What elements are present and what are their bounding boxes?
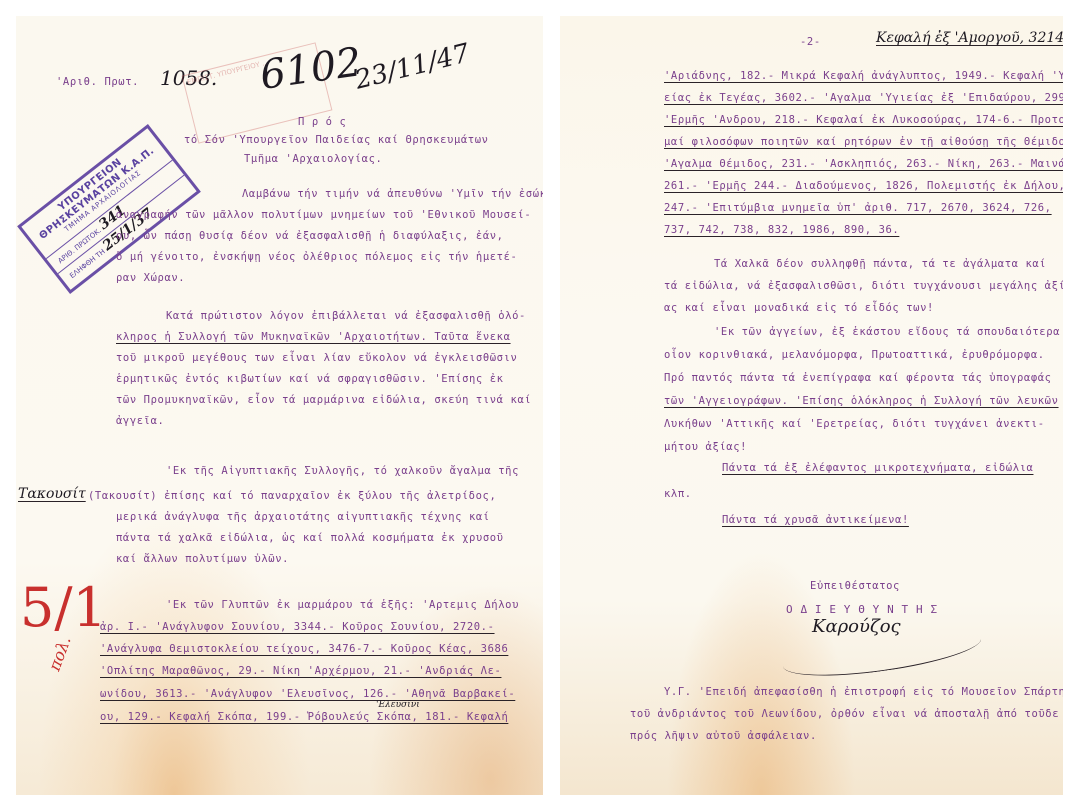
body-line: Πρό παντός πάντα τά ἐνεπίγραφα καί φέρον… (664, 372, 1052, 384)
body-line: μερικά ἀνάγλυφα τῆς ἀρχαιοτάτης αἰγυπτια… (116, 511, 490, 523)
body-line: οἷον κορινθιακά, μελανόμορφα, Πρωτοαττικ… (664, 349, 1045, 361)
body-line: 'Αγαλμα Θέμιδος, 231.- 'Ασκληπιός, 263.-… (664, 158, 1063, 170)
document-page-2: -2- Κεφαλή ἐξ 'Αμοργοῦ, 3214 'Αριάδνης, … (560, 16, 1063, 795)
body-line: Τά Χαλκᾶ δέον συλληφθῇ πάντα, τά τε ἀγάλ… (714, 258, 1046, 270)
red-margin-note: 5/1 (20, 576, 107, 639)
addressee-line-2: Τμῆμα 'Αρχαιολογίας. (244, 153, 382, 165)
margin-note-handwritten: Τακουσίτ (18, 486, 86, 502)
body-line: 737, 742, 738, 832, 1986, 890, 36. (664, 224, 899, 236)
body-line: Λαμβάνω τήν τιμήν νά ἀπευθύνω 'Υμῖν τήν … (242, 188, 543, 200)
body-line: ωνίδου, 3613.- 'Ανάγλυφον 'Ελευσῖνος, 12… (100, 688, 515, 700)
body-line: Κατά πρώτιστον λόγον ἐπιβάλλεται νά ἐξασ… (166, 310, 526, 322)
margin-scribble: πολ. (45, 634, 75, 674)
document-page-1: 'Αριθ. Πρωτ. 1058. ΕΜΠΙΣΤ. ΥΠΟΥΡΓΕΙΟΥ ..… (16, 16, 543, 795)
body-line: ἑρμητικῶς ἐντός κιβωτίων καί νά σφραγισθ… (116, 373, 504, 385)
body-line: τῶν 'Αγγειογράφων. 'Επίσης ὁλόκληρος ἡ Σ… (664, 395, 1059, 407)
body-line: ὅ μή γένοιτο, ἐνσκήψῃ νέος ὀλέθριος πόλε… (116, 251, 517, 263)
body-line: ραν Χώραν. (116, 272, 185, 284)
body-line: ου, 129.- Κεφαλή Σκόπα, 199.- Ῥόβουλεύς … (100, 711, 508, 723)
addressee-to: Π ρ ό ς (298, 116, 346, 128)
body-line: κλπ. (664, 488, 692, 500)
body-line: 'Αριάδνης, 182.- Μικρά Κεφαλή ἀνάγλυπτος… (664, 70, 1063, 82)
handwritten-reference-number: 6102 (257, 39, 364, 99)
body-line: είας ἐκ Τεγέας, 3602.- 'Αγαλμα 'Υγιείας … (664, 92, 1063, 104)
handwritten-date: 23/11/47 (352, 38, 473, 95)
page-number: -2- (800, 36, 821, 48)
body-line: Λυκήθων 'Αττικῆς καί 'Ερετρείας, διότι τ… (664, 418, 1045, 430)
body-line: ἀγγεῖα. (116, 415, 164, 427)
body-line: ἀρ. Ι.- 'Ανάγλυφον Σουνίου, 3344.- Κοῦρο… (100, 621, 495, 633)
body-line: ου, ὧν πάσῃ θυσίᾳ δέον νά ἐξασφαλισθῇ ἡ … (116, 230, 504, 242)
body-line: 'Εκ τῶν ἀγγείων, ἐξ ἑκάστου εἴδους τά σπ… (714, 326, 1060, 338)
body-line: 'Εκ τῶν Γλυπτῶν ἐκ μαρμάρου τά ἑξῆς: 'Αρ… (166, 599, 519, 611)
body-line: 'Ερμῆς 'Ανδρου, 218.- Κεφαλαί ἐκ Λυκοσού… (664, 114, 1063, 126)
body-line: (Τακουσίτ) ἐπίσης καί τό παναρχαῖον ἐκ ξ… (88, 490, 496, 502)
body-line: τῶν Προμυκηναϊκῶν, εἶον τά μαρμάρινα εἰδ… (116, 394, 531, 406)
body-line: 'Ανάγλυφα Θεμιστοκλείου τείχους, 3476-7.… (100, 643, 508, 655)
body-line: πάντα τά χαλκᾶ εἰδώλια, ὡς καί πολλά κοσ… (116, 532, 504, 544)
body-line: 261.- 'Ερμῆς 244.- Διαδούμενος, 1826, Πο… (664, 180, 1063, 192)
body-line: τοῦ μικροῦ μεγέθους των εἶναι λίαν εὔκολ… (116, 352, 517, 364)
body-line: μήτου ἀξίας! (664, 441, 747, 453)
interlinear-note: 'Ελευσῖνι (376, 700, 420, 710)
body-line: 'Οπλίτης Μαραθῶνος, 29.- Νίκη 'Αρχέρμου,… (100, 665, 501, 677)
postscript-line: πρός λῆψιν αὐτοῦ ἀσφάλειαν. (630, 730, 817, 742)
body-line: Πάντα τά χρυσᾶ ἀντικείμενα! (722, 514, 909, 526)
body-line: 247.- 'Επιτύμβια μνημεῖα ὑπ' ἀριθ. 717, … (664, 202, 1052, 214)
postscript-line: Υ.Γ. 'Επειδή ἀπεφασίσθη ἡ ἐπιστροφή εἰς … (664, 686, 1063, 698)
handwritten-header: Κεφαλή ἐξ 'Αμοργοῦ, 3214 (876, 30, 1063, 46)
addressee-line-1: τό Σόν 'Υπουργεῖον Παιδείας καί Θρησκευμ… (184, 134, 489, 146)
closing-title: Ο Δ Ι Ε Υ Θ Υ Ν Τ Η Σ (786, 603, 938, 616)
closing-salutation: Εὐπειθέστατος (810, 580, 900, 592)
body-line: ἀναγραφήν τῶν μᾶλλον πολυτίμων μνημείων … (116, 209, 531, 221)
body-line: 'Εκ τῆς Αἰγυπτιακῆς Συλλογῆς, τό χαλκοῦν… (166, 465, 519, 477)
body-line: καί ἄλλων πολυτίμων ὑλῶν. (116, 553, 289, 565)
postscript-line: τοῦ ἀνδριάντος τοῦ Λεωνίδου, ὀρθόν εἶναι… (630, 708, 1059, 720)
protocol-label: 'Αριθ. Πρωτ. (56, 76, 139, 88)
body-line: Πάντα τά ἐξ ἐλέφαντος μικροτεχνήματα, εἰ… (722, 462, 1033, 474)
body-line: κληρος ἡ Συλλογή τῶν Μυκηναϊκῶν 'Αρχαιοτ… (116, 331, 511, 343)
body-line: μαί φιλοσόφων ποιητῶν καί ρητόρων ἐν τῇ … (664, 136, 1063, 148)
body-line: τά εἰδώλια, νά ἐξασφαλισθῶσι, διότι τυγχ… (664, 280, 1063, 292)
body-line: ας καί εἶναι μοναδικά εἰς τό εἶδός των! (664, 302, 934, 314)
